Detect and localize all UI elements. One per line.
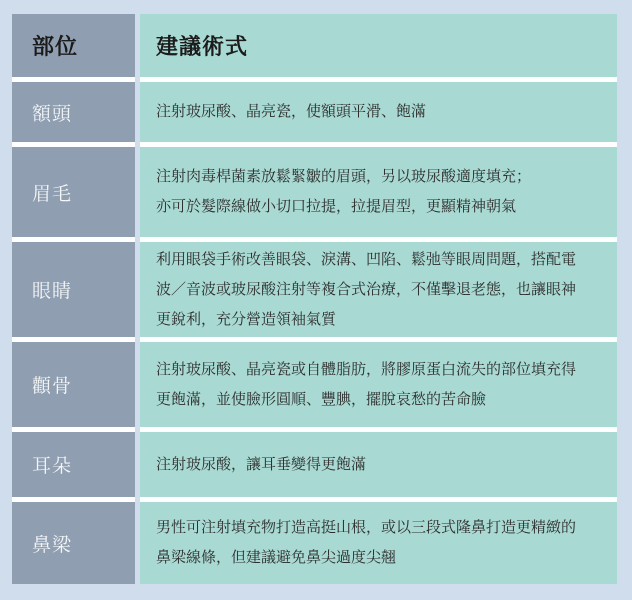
- part-label: 額頭: [12, 99, 72, 126]
- procedure-cell-cheekbone: 注射玻尿酸、晶亮瓷或自體脂肪，將膠原蛋白流失的部位填充得 更飽滿，並使臉形圓順、…: [140, 342, 617, 427]
- part-column: 部位 額頭 眉毛 眼睛 顴骨 耳朵 鼻梁: [12, 14, 135, 584]
- part-cell-eyebrow: 眉毛: [12, 147, 135, 237]
- procedure-text: 注射玻尿酸、晶亮瓷或自體脂肪，將膠原蛋白流失的部位填充得 更飽滿，並使臉形圓順、…: [140, 355, 590, 415]
- procedure-text: 注射玻尿酸、晶亮瓷，使額頭平滑、飽滿: [140, 97, 440, 127]
- procedure-table: 部位 額頭 眉毛 眼睛 顴骨 耳朵 鼻梁 建議術式 注射玻尿酸、晶亮瓷，: [12, 14, 617, 584]
- part-label: 顴骨: [12, 371, 72, 398]
- procedure-text: 男性可注射填充物打造高挺山根，或以三段式隆鼻打造更精緻的 鼻梁線條，但建議避免鼻…: [140, 513, 590, 573]
- part-cell-ears: 耳朵: [12, 432, 135, 497]
- procedure-cell-eyes: 利用眼袋手術改善眼袋、淚溝、凹陷、鬆弛等眼周問題，搭配電 波／音波或玻尿酸注射等…: [140, 242, 617, 337]
- procedure-cell-ears: 注射玻尿酸，讓耳垂變得更飽滿: [140, 432, 617, 497]
- page-background: 部位 額頭 眉毛 眼睛 顴骨 耳朵 鼻梁 建議術式 注射玻尿酸、晶亮瓷，: [0, 0, 632, 600]
- procedure-column: 建議術式 注射玻尿酸、晶亮瓷，使額頭平滑、飽滿 注射肉毒桿菌素放鬆緊皺的眉頭，另…: [140, 14, 617, 584]
- part-label: 鼻梁: [12, 530, 72, 557]
- part-cell-cheekbone: 顴骨: [12, 342, 135, 427]
- part-cell-nose-bridge: 鼻梁: [12, 502, 135, 584]
- part-cell-eyes: 眼睛: [12, 242, 135, 337]
- procedure-cell-nose-bridge: 男性可注射填充物打造高挺山根，或以三段式隆鼻打造更精緻的 鼻梁線條，但建議避免鼻…: [140, 502, 617, 584]
- part-cell-forehead: 額頭: [12, 82, 135, 142]
- procedure-cell-eyebrow: 注射肉毒桿菌素放鬆緊皺的眉頭，另以玻尿酸適度填充； 亦可於髮際線做小切口拉提，拉…: [140, 147, 617, 237]
- part-label: 耳朵: [12, 451, 72, 478]
- procedure-text: 利用眼袋手術改善眼袋、淚溝、凹陷、鬆弛等眼周問題，搭配電 波／音波或玻尿酸注射等…: [140, 245, 590, 335]
- procedure-column-header: 建議術式: [140, 14, 617, 77]
- procedure-text: 注射玻尿酸，讓耳垂變得更飽滿: [140, 450, 380, 480]
- procedure-cell-forehead: 注射玻尿酸、晶亮瓷，使額頭平滑、飽滿: [140, 82, 617, 142]
- part-column-header: 部位: [12, 14, 135, 77]
- procedure-text: 注射肉毒桿菌素放鬆緊皺的眉頭，另以玻尿酸適度填充； 亦可於髮際線做小切口拉提，拉…: [140, 162, 545, 222]
- part-label: 眼睛: [12, 276, 72, 303]
- part-label: 眉毛: [12, 179, 72, 206]
